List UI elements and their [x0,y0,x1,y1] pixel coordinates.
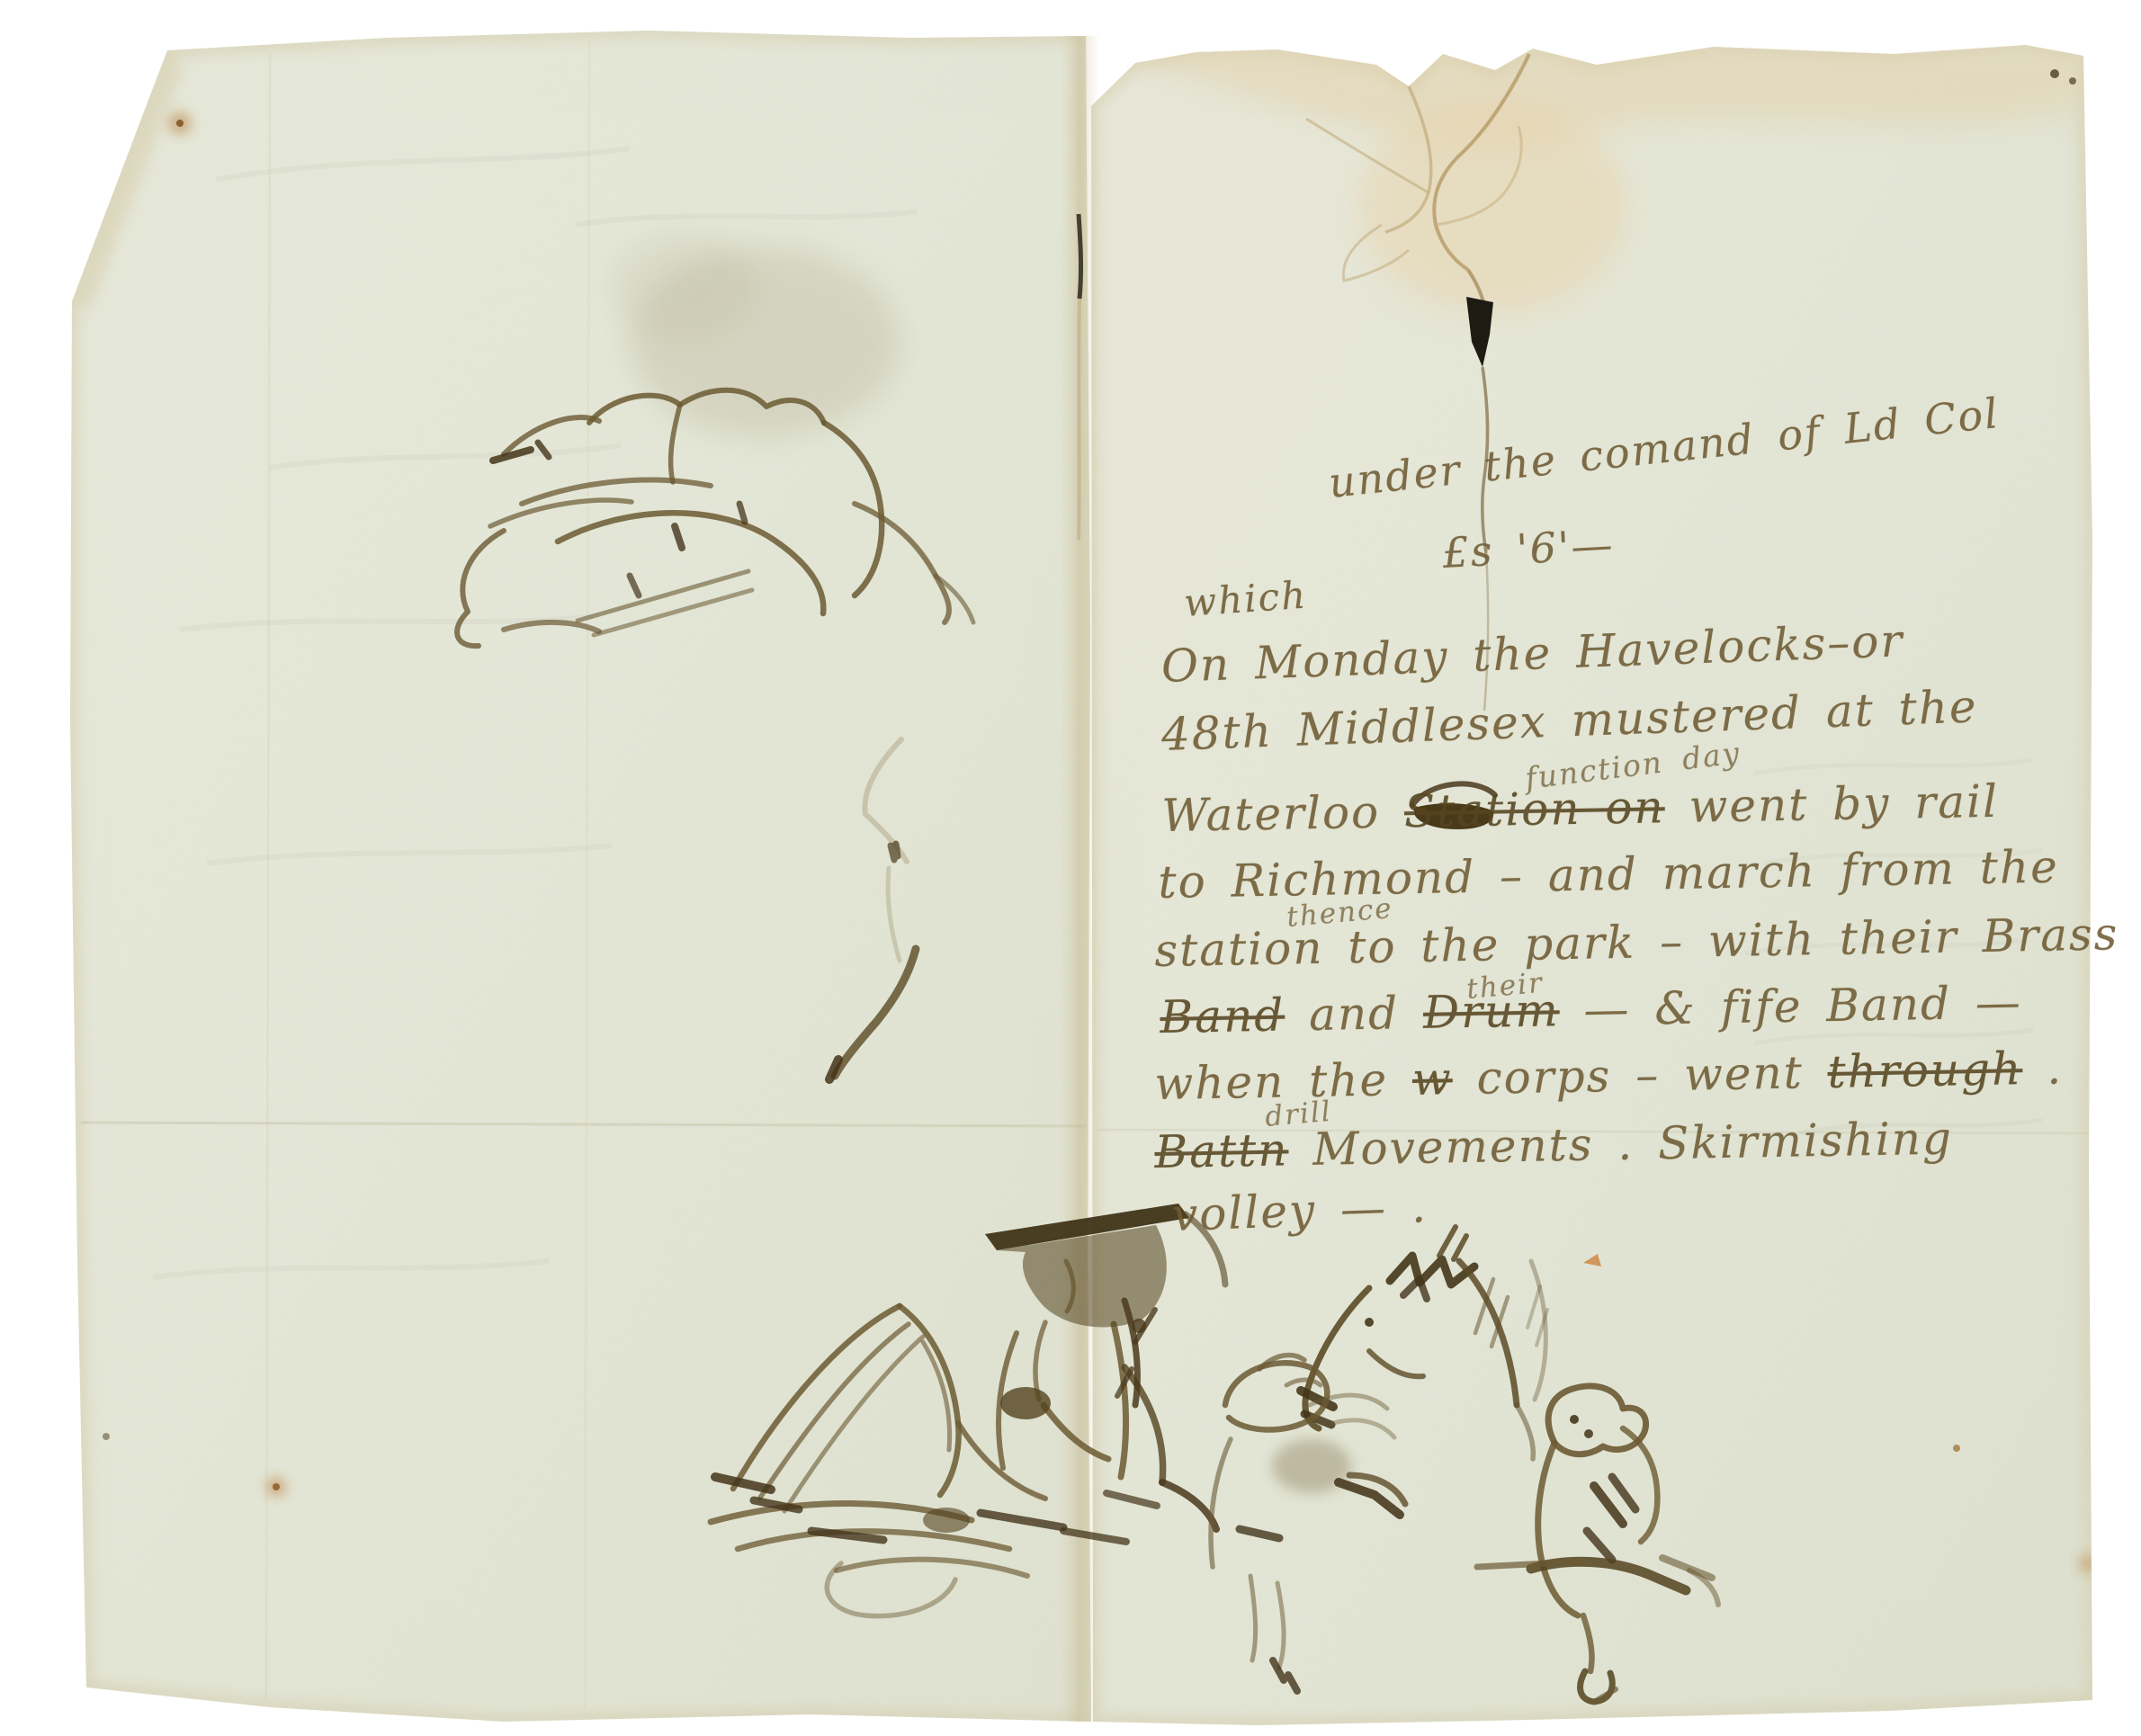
right-page [1084,18,2101,1736]
centre-fold [1060,36,1099,1722]
manuscript-artwork [0,0,2141,1736]
fold-crack [1079,214,1081,299]
manuscript-scan: under the comand of Ld Col£s '6'—whichOn… [0,0,2141,1736]
